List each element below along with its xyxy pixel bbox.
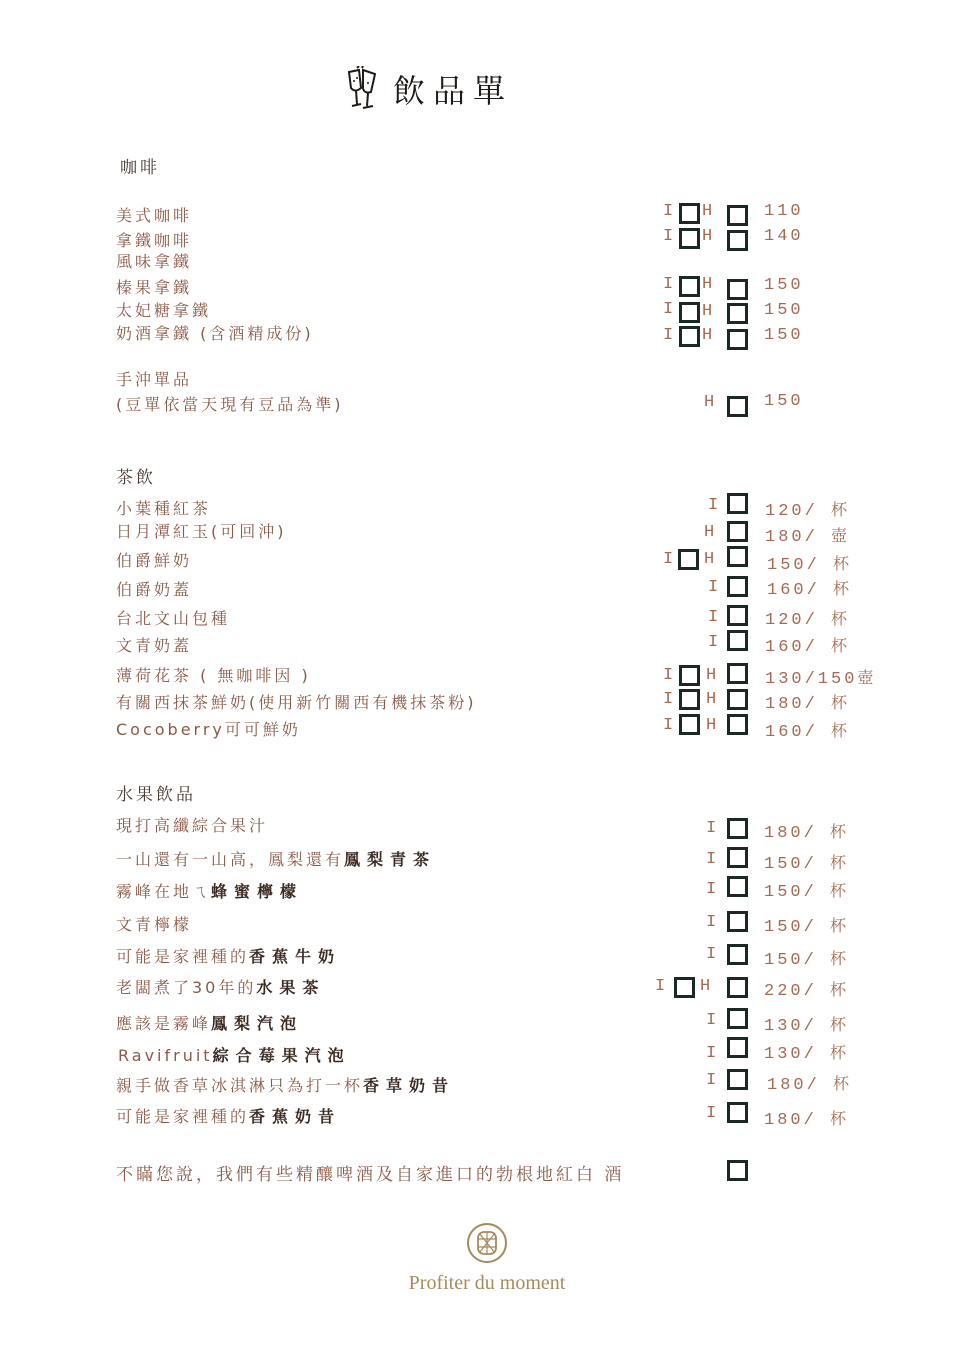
menu-item-name: (豆單依當天現有豆品為準)	[116, 392, 344, 415]
iced-label: I	[706, 945, 716, 964]
section-heading-fruit: 水果飲品	[116, 780, 196, 805]
menu-item-name: 可能是家裡種的香蕉牛奶	[116, 944, 341, 967]
price: 160/ 杯	[765, 633, 847, 657]
iced-checkbox[interactable]	[679, 203, 700, 224]
menu-item-name: 台北文山包種	[116, 606, 230, 629]
iced-label: I	[708, 608, 718, 627]
price: 180/ 杯	[765, 690, 847, 714]
iced-label: I	[663, 716, 673, 735]
price: 180/ 杯	[767, 1071, 849, 1095]
iced-label: I	[663, 666, 673, 685]
menu-item-name: 薄荷花茶 ( 無咖啡因 )	[116, 663, 311, 686]
price: 120/ 杯	[765, 497, 847, 521]
menu-item-name: 榛果拿鐵	[116, 275, 192, 298]
iced-checkbox[interactable]	[727, 911, 748, 932]
iced-label: I	[708, 633, 718, 652]
section-heading-coffee: 咖啡	[120, 153, 160, 178]
title-text: 飲品單	[393, 66, 513, 112]
iced-checkbox[interactable]	[674, 977, 695, 998]
section-heading-tea: 茶飲	[116, 463, 156, 488]
iced-label: I	[706, 1011, 716, 1030]
hot-label: H	[706, 666, 716, 685]
iced-checkbox[interactable]	[679, 228, 700, 249]
menu-item-name: 一山還有一山高，鳳梨還有鳳梨青茶	[116, 847, 436, 870]
menu-title: 飲品單	[343, 66, 513, 112]
hot-label: H	[704, 393, 714, 412]
iced-label: I	[663, 275, 673, 294]
price: 120/ 杯	[765, 606, 847, 630]
price: 150/ 杯	[764, 850, 846, 874]
hot-checkbox[interactable]	[727, 663, 748, 684]
price: 180/ 杯	[764, 819, 846, 843]
iced-label: I	[706, 1104, 716, 1123]
menu-item-name: 風味拿鐵	[116, 249, 192, 272]
iced-checkbox[interactable]	[727, 1008, 748, 1029]
iced-checkbox[interactable]	[679, 276, 700, 297]
gift-emblem-icon	[466, 1222, 508, 1264]
menu-item-name: 日月潭紅玉(可回沖)	[116, 519, 287, 542]
price: 150	[764, 301, 804, 320]
hot-checkbox[interactable]	[727, 977, 748, 998]
hot-checkbox[interactable]	[727, 546, 748, 567]
menu-item-name: 現打高纖綜合果汁	[116, 813, 268, 836]
menu-item-name: 奶酒拿鐵 (含酒精成份)	[116, 321, 314, 344]
hot-label: H	[706, 716, 716, 735]
iced-label: I	[708, 578, 718, 597]
iced-label: I	[663, 326, 673, 345]
menu-item-name: 小葉種紅茶	[116, 496, 211, 519]
iced-checkbox[interactable]	[727, 876, 748, 897]
iced-label: I	[655, 977, 665, 996]
price: 180/ 杯	[764, 1106, 846, 1130]
price: 150/ 杯	[764, 913, 846, 937]
price: 150	[764, 326, 804, 345]
iced-checkbox[interactable]	[679, 302, 700, 323]
hot-label: H	[704, 523, 714, 542]
menu-item-name: 文青檸檬	[116, 912, 192, 935]
price: 160/ 杯	[767, 576, 849, 600]
hot-label: H	[702, 202, 712, 221]
menu-item-name: 應該是霧峰鳳梨汽泡	[116, 1011, 303, 1034]
iced-checkbox[interactable]	[727, 576, 748, 597]
iced-label: I	[706, 819, 716, 838]
price: 130/ 杯	[764, 1012, 846, 1036]
menu-item-name: 有關西抹茶鮮奶(使用新竹關西有機抹茶粉)	[116, 690, 477, 713]
menu-item-name: 文青奶蓋	[116, 633, 192, 656]
menu-item-name: 太妃糖拿鐵	[116, 298, 211, 321]
iced-checkbox[interactable]	[679, 326, 700, 347]
champagne-glasses-icon	[343, 66, 385, 112]
hot-checkbox[interactable]	[727, 714, 748, 735]
hot-checkbox[interactable]	[727, 396, 748, 417]
iced-checkbox[interactable]	[727, 630, 748, 651]
iced-label: I	[663, 690, 673, 709]
menu-item-name: 伯爵鮮奶	[116, 548, 192, 571]
price: 110	[764, 202, 804, 221]
iced-checkbox[interactable]	[679, 665, 700, 686]
iced-checkbox[interactable]	[727, 493, 748, 514]
price: 150	[764, 392, 804, 411]
iced-label: I	[663, 202, 673, 221]
price: 140	[764, 227, 804, 246]
hot-checkbox[interactable]	[727, 230, 748, 251]
price: 150/ 杯	[767, 551, 849, 575]
hot-checkbox[interactable]	[727, 689, 748, 710]
hot-checkbox[interactable]	[727, 205, 748, 226]
price: 130/150壺	[765, 665, 873, 689]
iced-label: I	[706, 913, 716, 932]
price: 150	[764, 276, 804, 295]
beer-wine-checkbox[interactable]	[727, 1160, 748, 1181]
hot-checkbox[interactable]	[727, 329, 748, 350]
price: 220/ 杯	[764, 977, 846, 1001]
hot-label: H	[702, 275, 712, 294]
brand-name: Profiter du moment	[392, 1272, 582, 1295]
hot-label: H	[702, 302, 712, 321]
iced-label: I	[663, 227, 673, 246]
price: 150/ 杯	[764, 878, 846, 902]
menu-item-name: 手沖單品	[116, 367, 192, 390]
iced-label: I	[706, 1044, 716, 1063]
menu-item-name: 伯爵奶蓋	[116, 577, 192, 600]
iced-checkbox[interactable]	[679, 714, 700, 735]
menu-item-name: 美式咖啡	[116, 203, 192, 226]
hot-label: H	[702, 227, 712, 246]
menu-item-name: 霧峰在地ㄟ蜂蜜檸檬	[116, 879, 303, 902]
iced-checkbox[interactable]	[727, 1069, 748, 1090]
hot-checkbox[interactable]	[727, 521, 748, 542]
iced-checkbox[interactable]	[679, 689, 700, 710]
beer-wine-note: 不瞞您說，我們有些精釀啤酒及自家進口的勃根地紅白 酒	[116, 1160, 624, 1185]
iced-checkbox[interactable]	[727, 1037, 748, 1058]
price: 160/ 杯	[765, 718, 847, 742]
iced-label: I	[663, 550, 673, 569]
iced-checkbox[interactable]	[727, 847, 748, 868]
hot-label: H	[700, 977, 710, 996]
price: 130/ 杯	[764, 1040, 846, 1064]
hot-label: H	[706, 690, 716, 709]
menu-item-name: Ravifruit綜合莓果汽泡	[118, 1043, 351, 1066]
iced-checkbox[interactable]	[727, 944, 748, 965]
iced-label: I	[706, 1071, 716, 1090]
price: 150/ 杯	[764, 946, 846, 970]
iced-label: I	[706, 880, 716, 899]
iced-label: I	[708, 496, 718, 515]
iced-checkbox[interactable]	[727, 605, 748, 626]
hot-checkbox[interactable]	[727, 279, 748, 300]
hot-checkbox[interactable]	[727, 303, 748, 324]
hot-label: H	[704, 550, 714, 569]
menu-item-name: 可能是家裡種的香蕉奶昔	[116, 1104, 341, 1127]
iced-checkbox[interactable]	[727, 818, 748, 839]
menu-item-name: 老闆煮了30年的水果茶	[116, 975, 325, 998]
brand-logo: Profiter du moment	[392, 1222, 582, 1295]
iced-checkbox[interactable]	[678, 549, 699, 570]
iced-label: I	[706, 850, 716, 869]
menu-item-name: 親手做香草冰淇淋只為打一杯香草奶昔	[116, 1073, 455, 1096]
menu-item-name: 拿鐵咖啡	[116, 228, 192, 251]
price: 180/ 壺	[765, 523, 847, 547]
iced-label: I	[663, 300, 673, 319]
hot-label: H	[702, 326, 712, 345]
menu-item-name: Cocoberry可可鮮奶	[116, 717, 301, 740]
iced-checkbox[interactable]	[727, 1102, 748, 1123]
